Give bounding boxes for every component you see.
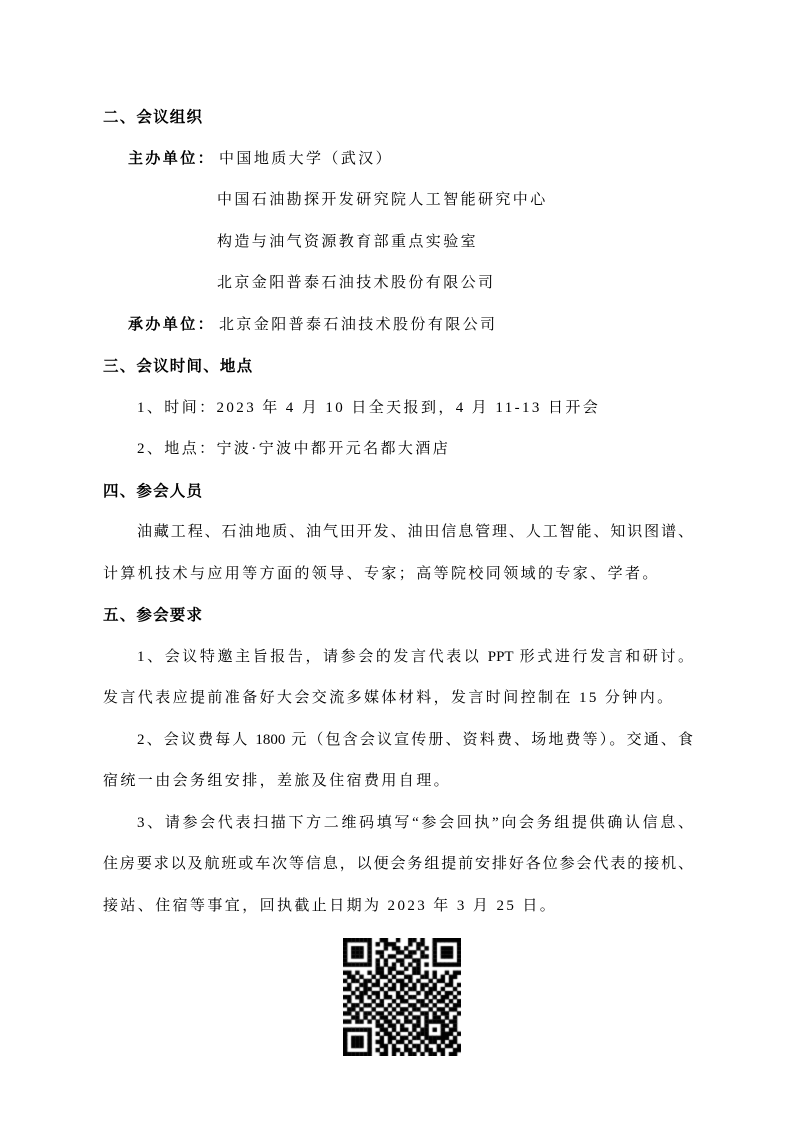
line-text: 住房要求以及航班或车次等信息，以便会务组提前安排好各位参会代表的接机、 (103, 856, 693, 872)
line-text: 宿统一由会务组安排，差旅及住宿费用自理。 (103, 773, 451, 789)
organizer-name-line: 中国石油勘探开发研究院人工智能研究中心 (217, 180, 693, 222)
line-text: 中国石油勘探开发研究院人工智能研究中心 (217, 192, 548, 208)
line-text: 发言代表应提前准备好大会交流多媒体材料，发言时间控制在 15 分钟内。 (103, 690, 675, 706)
section-heading: 五、参会要求 (103, 595, 693, 637)
organizer-name-line: 北京金阳普泰石油技术股份有限公司 (217, 263, 693, 305)
line-text: 计算机技术与应用等方面的领导、专家；高等院校同领域的专家、学者。 (103, 566, 660, 582)
line-text: 构造与油气资源教育部重点实验室 (217, 234, 478, 250)
line-text: 2、会议费每人 1800 元（包含会议宣传册、资料费、场地费等）。交通、食 (137, 732, 693, 748)
line-text: 2、地点：宁波·宁波中都开元名都大酒店 (137, 441, 450, 457)
line-text: 1、会议特邀主旨报告，请参会的发言代表以 PPT 形式进行发言和研讨。 (137, 649, 693, 665)
body-line: 宿统一由会务组安排，差旅及住宿费用自理。 (103, 761, 693, 803)
body-line: 2、地点：宁波·宁波中都开元名都大酒店 (137, 429, 693, 471)
line-text: 四、参会人员 (103, 483, 203, 500)
line-text: 三、会议时间、地点 (103, 358, 253, 375)
body-line: 油藏工程、石油地质、油气田开发、油田信息管理、人工智能、知识图谱、 (137, 512, 693, 554)
organizer-line: 主办单位：中国地质大学（武汉） (128, 139, 693, 181)
line-text: 五、参会要求 (103, 607, 203, 624)
line-label: 主办单位： (128, 151, 215, 167)
line-text: 二、会议组织 (103, 109, 203, 126)
line-label: 承办单位： (128, 317, 215, 333)
document-page: 二、会议组织主办单位：中国地质大学（武汉）中国石油勘探开发研究院人工智能研究中心… (0, 0, 794, 1123)
document-content: 二、会议组织主办单位：中国地质大学（武汉）中国石油勘探开发研究院人工智能研究中心… (103, 97, 693, 927)
body-line: 1、时间：2023 年 4 月 10 日全天报到，4 月 11-13 日开会 (137, 388, 693, 430)
line-text: 北京金阳普泰石油技术股份有限公司 (217, 275, 495, 291)
body-line: 3、请参会代表扫描下方二维码填写“参会回执”向会务组提供确认信息、 (137, 803, 693, 845)
organizer-name-line: 构造与油气资源教育部重点实验室 (217, 222, 693, 264)
line-text: 1、时间：2023 年 4 月 10 日全天报到，4 月 11-13 日开会 (137, 400, 600, 416)
registration-qr-code (343, 938, 461, 1056)
body-line: 1、会议特邀主旨报告，请参会的发言代表以 PPT 形式进行发言和研讨。 (137, 637, 693, 679)
line-text: 油藏工程、石油地质、油气田开发、油田信息管理、人工智能、知识图谱、 (137, 524, 693, 540)
section-heading: 三、会议时间、地点 (103, 346, 693, 388)
body-line: 住房要求以及航班或车次等信息，以便会务组提前安排好各位参会代表的接机、 (103, 844, 693, 886)
body-line: 接站、住宿等事宜，回执截止日期为 2023 年 3 月 25 日。 (103, 886, 693, 928)
line-text: 接站、住宿等事宜，回执截止日期为 2023 年 3 月 25 日。 (103, 898, 557, 914)
line-text: 3、请参会代表扫描下方二维码填写“参会回执”向会务组提供确认信息、 (137, 815, 693, 831)
line-text: 中国地质大学（武汉） (219, 151, 393, 167)
line-text: 北京金阳普泰石油技术股份有限公司 (219, 317, 497, 333)
body-line: 计算机技术与应用等方面的领导、专家；高等院校同领域的专家、学者。 (103, 554, 693, 596)
organizer-line: 承办单位：北京金阳普泰石油技术股份有限公司 (128, 305, 693, 347)
section-heading: 二、会议组织 (103, 97, 693, 139)
body-line: 2、会议费每人 1800 元（包含会议宣传册、资料费、场地费等）。交通、食 (137, 720, 693, 762)
section-heading: 四、参会人员 (103, 471, 693, 513)
body-line: 发言代表应提前准备好大会交流多媒体材料，发言时间控制在 15 分钟内。 (103, 678, 693, 720)
